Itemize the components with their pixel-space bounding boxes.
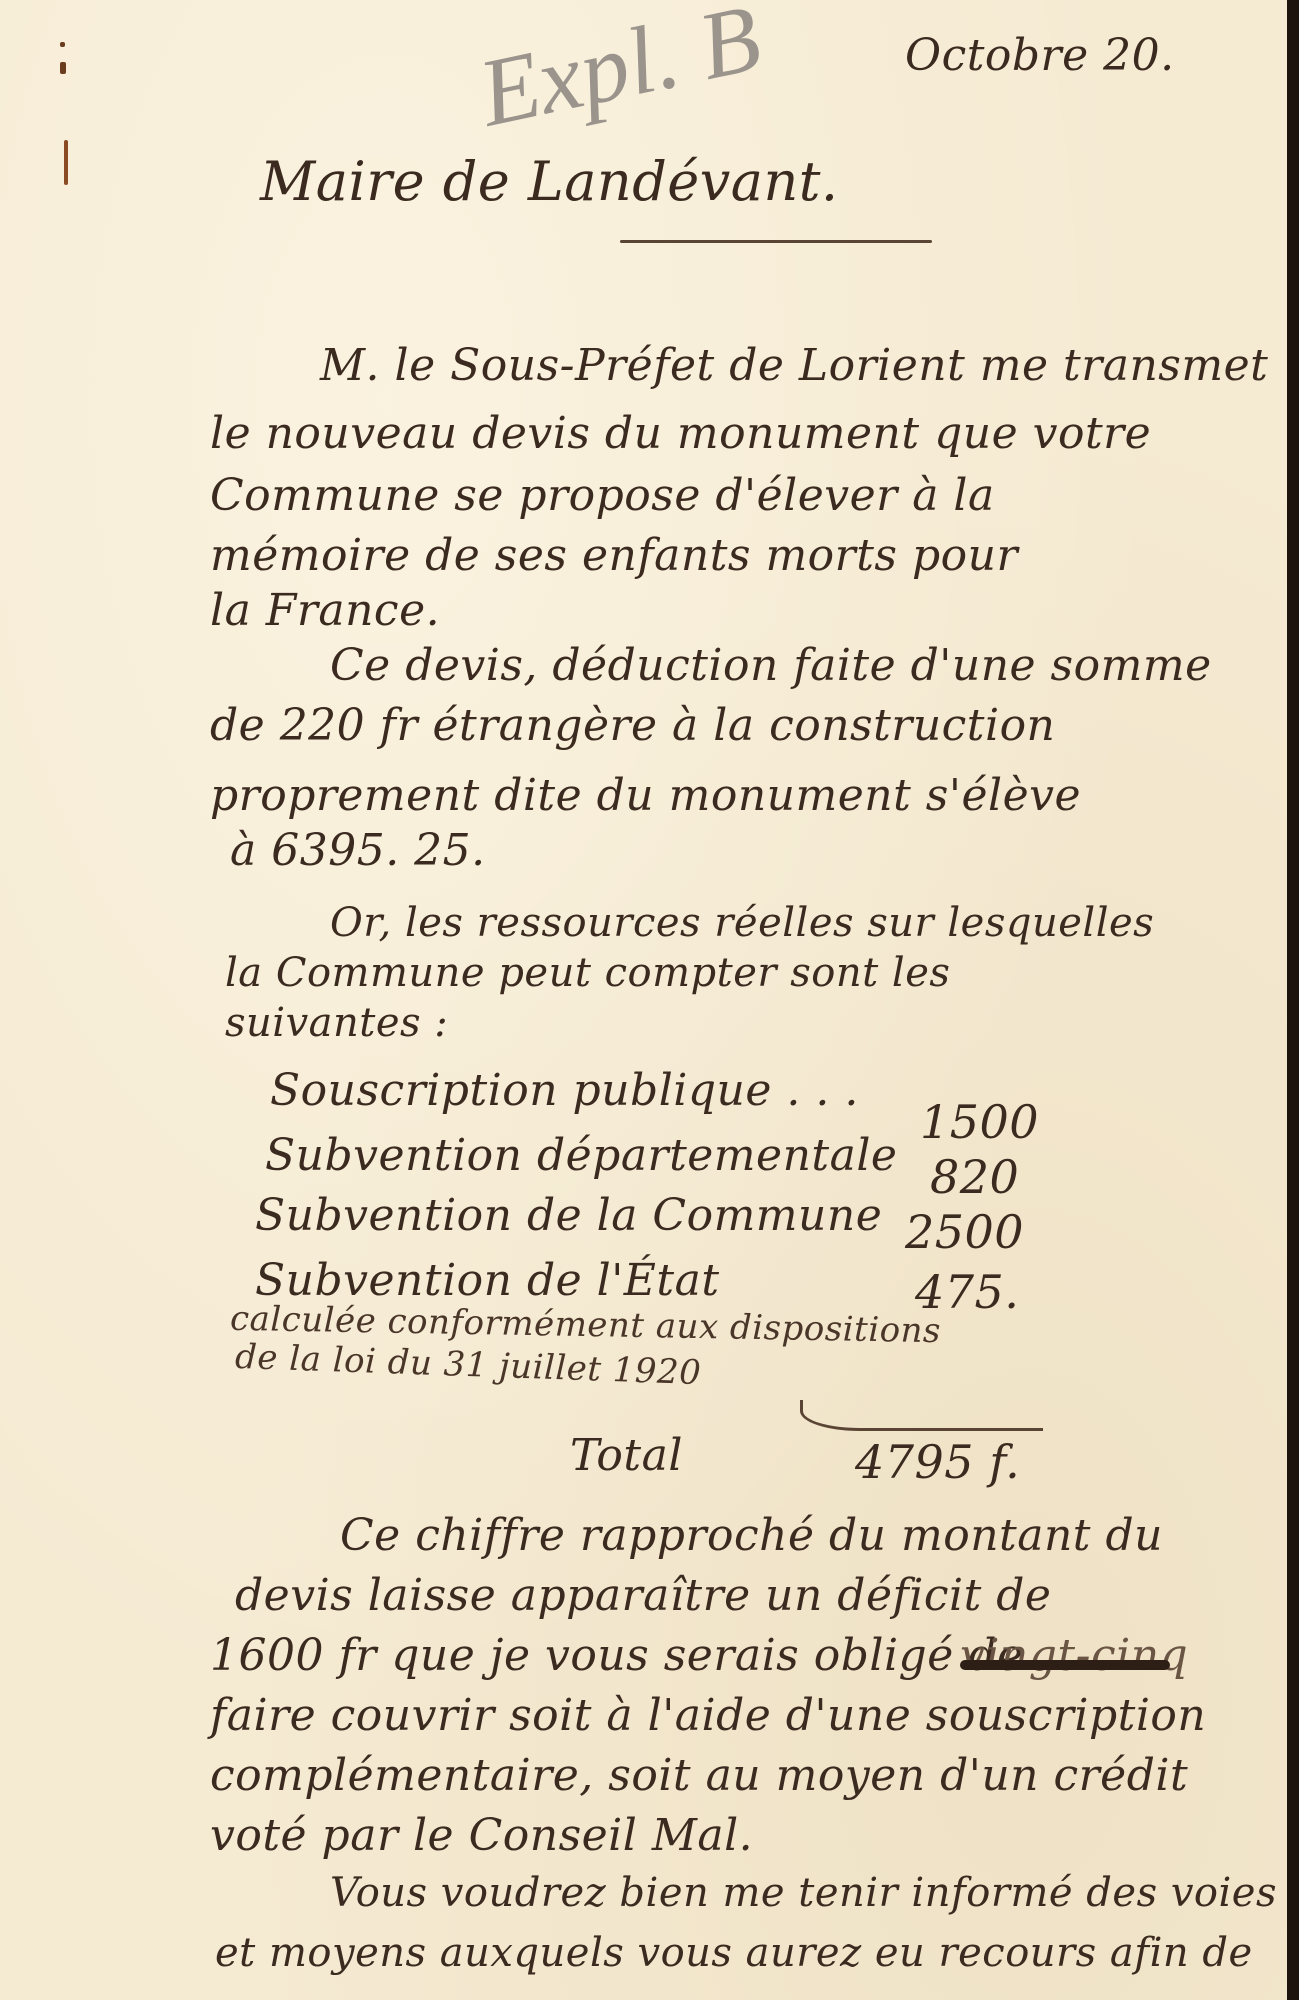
resource-label: Subvention de l'État <box>255 1255 720 1306</box>
margin-mark <box>64 140 68 185</box>
resource-label: Souscription publique . . . <box>270 1065 859 1116</box>
struck-word: vingt-cinq <box>960 1630 1188 1681</box>
strikethrough <box>960 1660 1170 1670</box>
resource-amount: 2500 <box>905 1205 1024 1259</box>
paragraph-3-line: Or, les ressources réelles sur lesquelle… <box>330 900 1154 946</box>
paragraph-4-line: complémentaire, soit au moyen d'un crédi… <box>210 1750 1188 1801</box>
paragraph-2-line: de 220 fr étrangère à la construction <box>210 700 1055 751</box>
title-underline <box>620 240 932 243</box>
paragraph-5-line: et moyens auxquels vous aurez eu recours… <box>215 1930 1253 1976</box>
margin-mark <box>60 42 65 47</box>
total-rule <box>800 1400 1043 1431</box>
resource-label: Subvention de la Commune <box>255 1190 882 1241</box>
page-title: Maire de Landévant. <box>260 150 839 213</box>
paragraph-1-line: Commune se propose d'élever à la <box>210 470 995 521</box>
paragraph-2-line: Ce devis, déduction faite d'une somme <box>330 640 1212 691</box>
paragraph-4-line: voté par le Conseil Mal. <box>210 1810 753 1861</box>
total-label: Total <box>570 1430 683 1481</box>
paragraph-1-line: le nouveau devis du monument que votre <box>210 408 1151 459</box>
paragraph-3-line: suivantes : <box>225 1000 448 1046</box>
paragraph-4-line: Ce chiffre rapproché du montant du <box>340 1510 1163 1561</box>
paragraph-5-line: Vous voudrez bien me tenir informé des v… <box>330 1870 1277 1916</box>
paragraph-2-line: à 6395. 25. <box>230 825 486 876</box>
paragraph-3-line: la Commune peut compter sont les <box>225 950 950 996</box>
paragraph-1-line: M. le Sous-Préfet de Lorient me transmet <box>320 340 1268 391</box>
resource-amount: 1500 <box>920 1095 1039 1149</box>
margin-mark <box>60 62 66 74</box>
paragraph-2-line: proprement dite du monument s'élève <box>210 770 1081 821</box>
paragraph-4-line: devis laisse apparaître un déficit de <box>235 1570 1051 1621</box>
total-amount: 4795 f. <box>855 1435 1020 1489</box>
paragraph-1-line: la France. <box>210 585 440 636</box>
paragraph-4-line: faire couvrir soit à l'aide d'une souscr… <box>210 1690 1206 1741</box>
paragraph-1-line: mémoire de ses enfants morts pour <box>210 530 1018 581</box>
paragraph-4-line: 1600 fr que je vous serais obligé de <box>210 1630 1023 1681</box>
scan-edge <box>1287 0 1299 2000</box>
date: Octobre 20. <box>905 30 1175 81</box>
resource-label: Subvention départementale <box>265 1130 897 1181</box>
resource-amount: 820 <box>930 1150 1019 1204</box>
